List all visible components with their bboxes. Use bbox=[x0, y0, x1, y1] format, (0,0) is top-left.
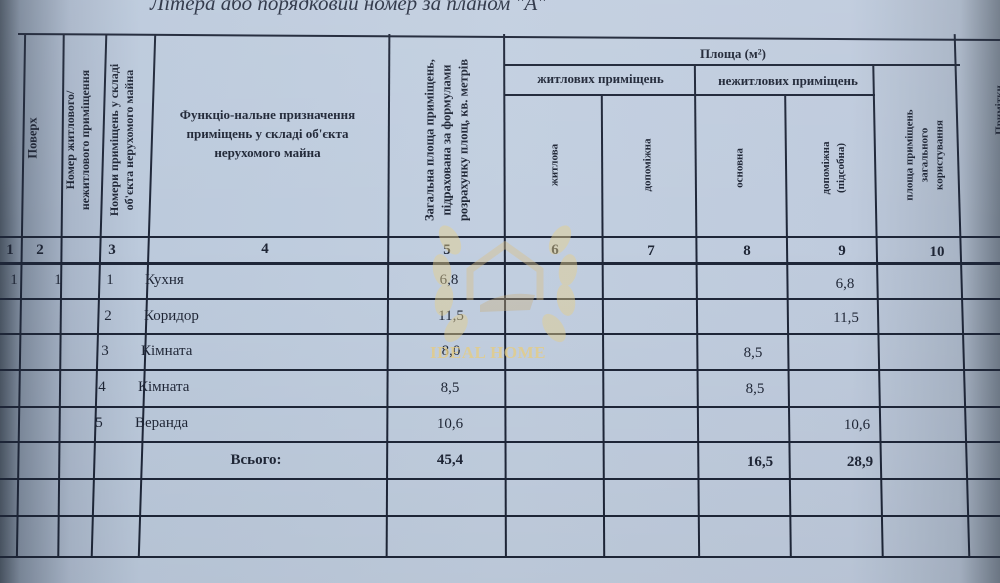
col-divider bbox=[503, 34, 507, 558]
cell-purpose: Коридор bbox=[144, 308, 199, 325]
cell-purpose: Кімната bbox=[138, 379, 189, 396]
column-number: 6 bbox=[551, 242, 559, 259]
row-divider bbox=[0, 406, 1000, 408]
total-main-area: 16,5 bbox=[747, 454, 773, 471]
column-numbers-bottom-border bbox=[0, 262, 1000, 265]
col-divider bbox=[872, 64, 883, 558]
header-total-area: Загальна площа приміщень, підрахована за… bbox=[422, 59, 473, 221]
total-auxiliary-area: 28,9 bbox=[847, 454, 873, 471]
cell-total-area: 6,8 bbox=[440, 272, 459, 289]
row-divider bbox=[0, 369, 1000, 371]
header-common-area: площа приміщень загального користування bbox=[903, 109, 948, 200]
total-area-sum: 45,4 bbox=[437, 452, 463, 469]
row-divider bbox=[0, 441, 1000, 443]
watermark-text: IDEAL HOME bbox=[430, 343, 546, 363]
area-group-divider bbox=[505, 64, 960, 66]
cell-room: 5 bbox=[95, 415, 103, 432]
cell-total-area: 8,5 bbox=[441, 380, 460, 397]
row-divider bbox=[0, 298, 1000, 300]
header-room-numbers: Номери приміщень у складі об'єкта нерухо… bbox=[107, 64, 137, 216]
cell-room: 1 bbox=[106, 272, 114, 289]
cell-floor: 1 bbox=[10, 272, 18, 289]
cell-main-area: 8,5 bbox=[746, 381, 765, 398]
column-number: 8 bbox=[743, 243, 751, 260]
column-number: 4 bbox=[261, 241, 269, 258]
cell-total-area: 10,6 bbox=[437, 416, 463, 433]
table-top-border bbox=[18, 33, 1000, 41]
cell-purpose: Кімната bbox=[141, 343, 192, 360]
cell-auxiliary-area: 10,6 bbox=[844, 417, 870, 434]
cell-room: 3 bbox=[101, 343, 109, 360]
header-notes: Примітки bbox=[993, 85, 1000, 135]
row-divider bbox=[0, 333, 1000, 335]
total-label: Всього: bbox=[230, 452, 281, 469]
cell-room: 2 bbox=[104, 308, 112, 325]
col-divider bbox=[784, 94, 792, 558]
document-photo: Літера або порядковий номер за планом "А… bbox=[0, 0, 1000, 583]
header-residential-group: житлових приміщень bbox=[505, 69, 696, 88]
column-number: 3 bbox=[108, 242, 116, 259]
cell-total-area: 11,5 bbox=[438, 308, 464, 325]
col-divider bbox=[694, 64, 700, 558]
cell-main-area: 8,5 bbox=[744, 345, 763, 362]
cell-auxiliary-area: 11,5 bbox=[833, 310, 859, 327]
column-number: 5 bbox=[443, 242, 451, 259]
header-auxiliary: допоміжна (підсобна) bbox=[819, 141, 849, 194]
cell-room: 4 bbox=[98, 379, 106, 396]
row-divider bbox=[0, 515, 1000, 517]
header-floor: Поверх bbox=[26, 117, 41, 158]
column-number: 7 bbox=[647, 243, 655, 260]
column-number: 2 bbox=[36, 242, 44, 259]
header-area-group: Площа (м²) bbox=[505, 44, 961, 63]
plan-letter-caption: Літера або порядковий номер за планом "А… bbox=[150, 0, 546, 16]
cell-purpose: Кухня bbox=[145, 272, 184, 289]
header-nonresidential-group: нежитлових приміщень bbox=[698, 71, 878, 90]
column-number: 9 bbox=[838, 243, 846, 260]
cell-unit: 1 bbox=[54, 272, 62, 289]
header-functional-purpose: Функціо-нальне призначення приміщень у с… bbox=[150, 105, 385, 162]
column-number: 10 bbox=[930, 244, 945, 261]
table-bottom-border bbox=[0, 556, 1000, 558]
row-divider bbox=[0, 478, 1000, 480]
cell-purpose: Веранда bbox=[135, 415, 188, 432]
header-unit-number: Номер житлового/ нежитлового приміщення bbox=[63, 70, 93, 210]
cell-auxiliary-area: 6,8 bbox=[836, 276, 855, 293]
subgroup-divider bbox=[505, 94, 875, 96]
header-main: основна bbox=[733, 148, 748, 188]
header-auxiliary-residential: допоміжна bbox=[641, 138, 656, 191]
col-divider bbox=[601, 94, 605, 558]
column-number: 1 bbox=[6, 242, 14, 259]
header-bottom-border bbox=[0, 236, 1000, 238]
header-living: житлова bbox=[548, 144, 563, 186]
